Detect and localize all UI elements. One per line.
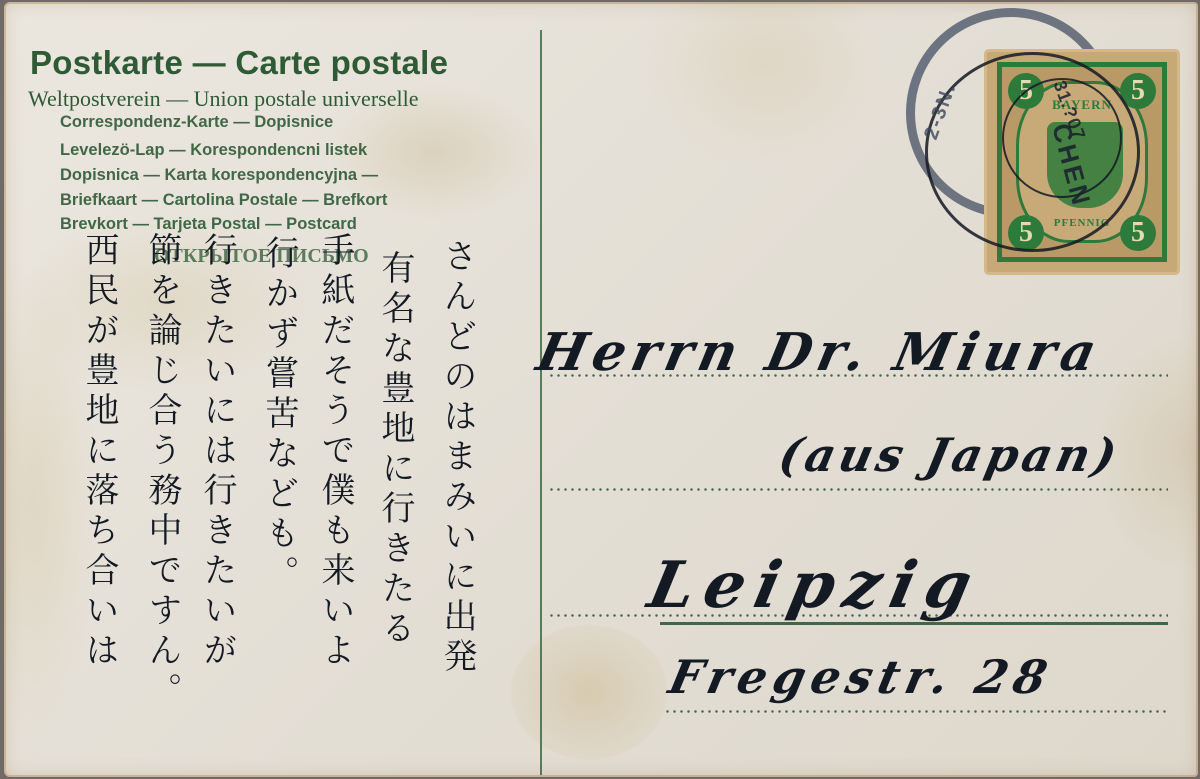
address-city: Leipzig bbox=[642, 548, 988, 623]
address-recipient: Herrn Dr. Miura bbox=[532, 322, 1108, 383]
translation-line: Briefkaart — Cartolina Postale — Brefkor… bbox=[60, 191, 387, 210]
postcard-title: Postkarte — Carte postale bbox=[30, 44, 448, 82]
center-divider bbox=[540, 30, 542, 775]
message-column: 有名な豊地に行きたる bbox=[378, 250, 412, 650]
message-column: 手紙だそうで僕も来いよ bbox=[318, 232, 352, 672]
translation-line: Levelezö-Lap — Korespondencni listek bbox=[60, 141, 367, 160]
message-column: さんどのはまみいに出発 bbox=[440, 238, 474, 678]
upu-subtitle: Weltpostverein — Union postale universel… bbox=[28, 86, 418, 112]
message-column: 行かず嘗苦なども。 bbox=[262, 235, 296, 595]
message-column: 行きたいには行きたいが bbox=[200, 232, 234, 672]
address-street: Fregestr. 28 bbox=[664, 650, 1057, 704]
stamp-corner-value: 5 bbox=[1120, 215, 1156, 251]
address-guide-line bbox=[664, 710, 1169, 713]
message-column: 西民が豊地に落ち合いは bbox=[82, 232, 116, 672]
translation-line: Correspondenz-Karte — Dopisnice bbox=[60, 113, 333, 132]
address-origin-note: (aus Japan) bbox=[774, 428, 1125, 482]
address-guide-line bbox=[548, 488, 1168, 491]
translation-line: Dopisnica — Karta korespondencyjna — bbox=[60, 166, 378, 185]
message-column: 節を論じ合う務中ですん。 bbox=[145, 232, 179, 712]
